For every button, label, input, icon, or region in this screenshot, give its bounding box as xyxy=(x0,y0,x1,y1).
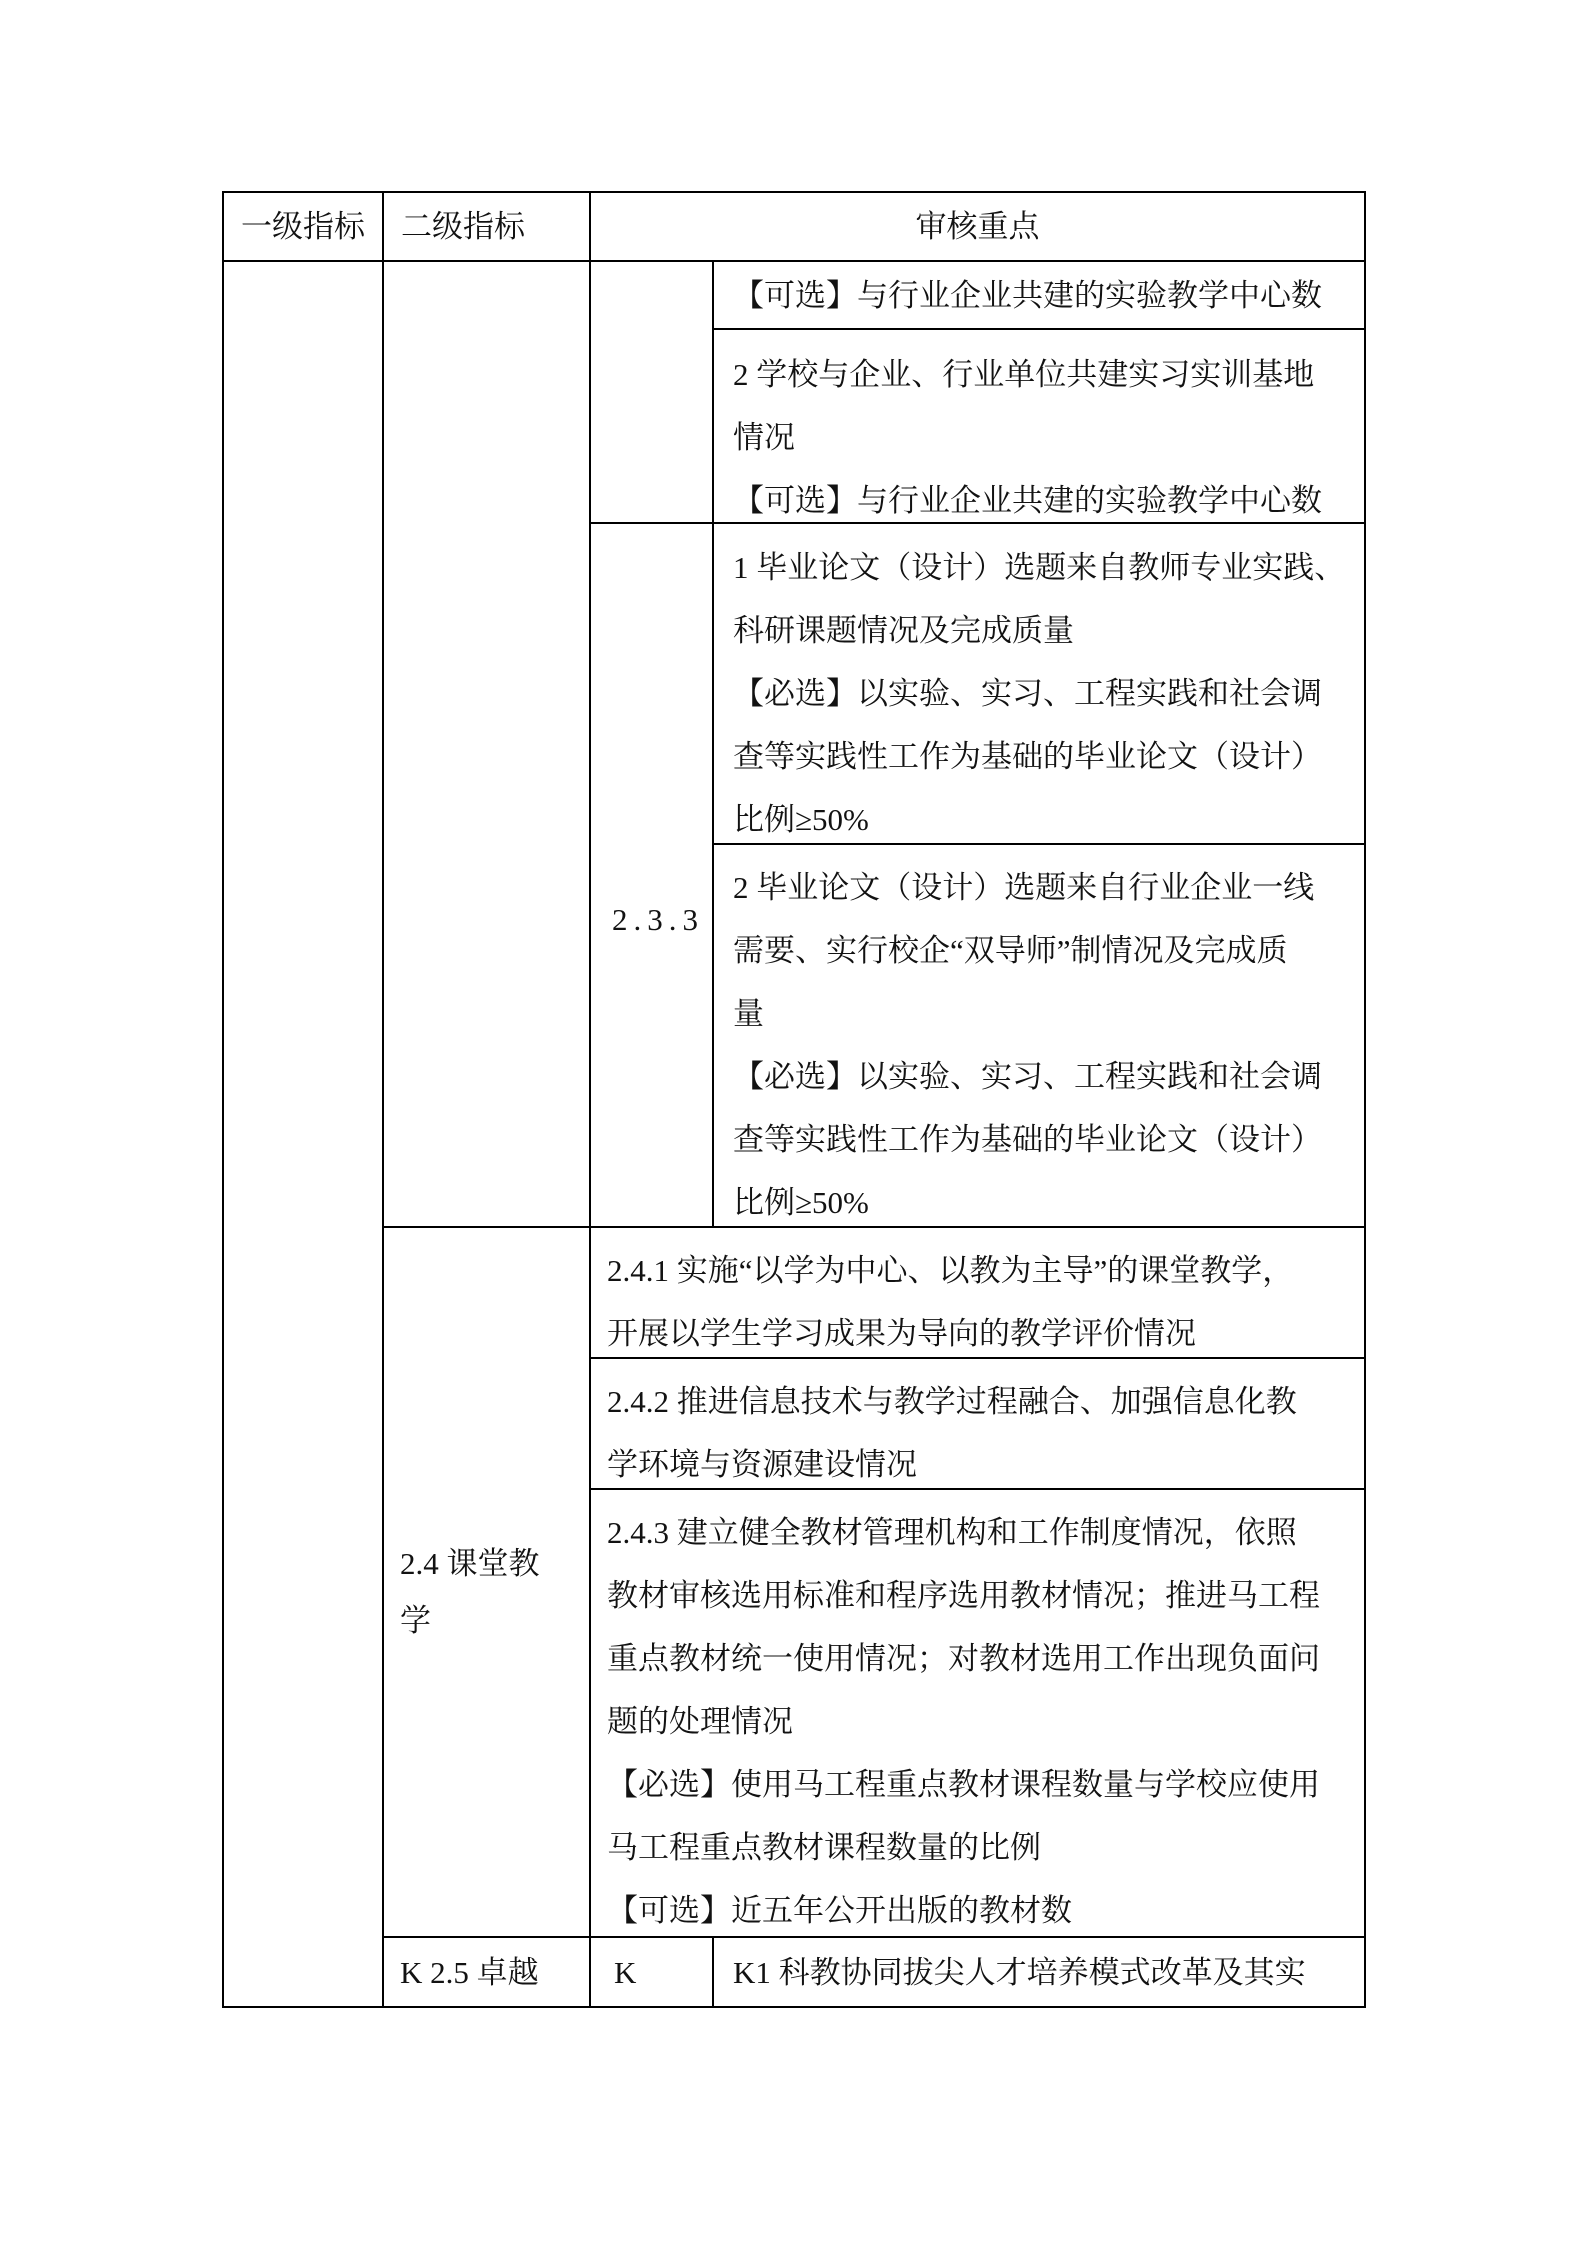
cell-k1-talent-cultivation: K1 科教协同拔尖人才培养模式改革及其实 xyxy=(713,1937,1365,2007)
text-line: 【必选】以实验、实习、工程实践和社会调 xyxy=(733,662,1357,725)
indicator-233-label: 2.3.3 xyxy=(612,902,704,937)
table-grid-line-a1-a2 xyxy=(712,328,1366,330)
text-line: 1 毕业论文（设计）选题来自教师专业实践、 xyxy=(733,536,1357,599)
document-page: 一级指标 二级指标 审核重点 【可选】与行业企业共建的实验教学中心数 2 学校与… xyxy=(0,0,1587,2245)
text-line: 量 xyxy=(733,982,1357,1045)
k-sub-label-text: K xyxy=(614,1941,636,2004)
text-line: 比例≥50% xyxy=(733,1171,1357,1234)
table-grid-line-header-bottom xyxy=(222,260,1366,262)
cell-indicator-24-classroom-teaching: 2.4 课堂教学 xyxy=(383,1227,590,1937)
k1-content-text: K1 科教协同拔尖人才培养模式改革及其实 xyxy=(733,1941,1306,2004)
text-line: 2.4.1 实施“以学为中心、以教为主导”的课堂教学， xyxy=(607,1239,1357,1302)
text-line: 马工程重点教材课程数量的比例 xyxy=(607,1816,1357,1879)
table-grid-line-b2-c1 xyxy=(382,1226,1366,1228)
text-line: 教材审核选用标准和程序选用教材情况；推进马工程 xyxy=(607,1564,1357,1627)
cell-indicator-233: 2.3.3 xyxy=(590,523,713,1227)
text-line: 开展以学生学习成果为导向的教学评价情况 xyxy=(607,1302,1357,1365)
table-grid-line-col1 xyxy=(382,192,384,2007)
text-line: 【可选】近五年公开出版的教材数 xyxy=(607,1879,1357,1942)
table-grid-line-c3-d xyxy=(382,1936,1366,1938)
text-line: 2 毕业论文（设计）选题来自行业企业一线 xyxy=(733,856,1357,919)
indicator-k25-text: K 2.5 卓越 xyxy=(400,1941,539,2004)
text-line: 需要、实行校企“双导师”制情况及完成质 xyxy=(733,919,1357,982)
table-grid-line-subcol-lower xyxy=(712,1937,714,2007)
table-grid-line-right xyxy=(1364,192,1366,2007)
table-grid-line-left xyxy=(222,192,224,2007)
text-line: 重点教材统一使用情况；对教材选用工作出现负面问 xyxy=(607,1627,1357,1690)
cell-thesis-topics-teacher-practice: 1 毕业论文（设计）选题来自教师专业实践、科研课题情况及完成质量【必选】以实验、… xyxy=(713,523,1365,844)
cell-thesis-topics-industry-need: 2 毕业论文（设计）选题来自行业企业一线需要、实行校企“双导师”制情况及完成质量… xyxy=(713,844,1365,1227)
table-grid-line-b1-b2 xyxy=(712,843,1366,845)
header-cell-level1-indicator: 一级指标 xyxy=(223,192,383,261)
text-line: 情况 xyxy=(733,406,1357,469)
text-line: 学 xyxy=(400,1592,590,1649)
table-grid-line-bottom xyxy=(222,2006,1366,2008)
table-grid-line-top xyxy=(222,191,1366,193)
text-line: 查等实践性工作为基础的毕业论文（设计） xyxy=(733,725,1357,788)
text-line: 【可选】与行业企业共建的实验教学中心数 xyxy=(733,264,1322,327)
header-cell-review-focus: 审核重点 xyxy=(590,192,1365,261)
text-line: 科研课题情况及完成质量 xyxy=(733,599,1357,662)
text-line: 2.4 课堂教 xyxy=(400,1535,590,1592)
cell-k-sub-label: K xyxy=(590,1937,713,2007)
text-line: 2.4.3 建立健全教材管理机构和工作制度情况，依照 xyxy=(607,1501,1357,1564)
header-cell-level2-indicator: 二级指标 xyxy=(383,192,590,261)
text-line: 题的处理情况 xyxy=(607,1690,1357,1753)
cell-241-learning-centered-teaching: 2.4.1 实施“以学为中心、以教为主导”的课堂教学，开展以学生学习成果为导向的… xyxy=(590,1227,1365,1358)
cell-242-information-technology: 2.4.2 推进信息技术与教学过程融合、加强信息化教学环境与资源建设情况 xyxy=(590,1358,1365,1489)
table-grid-line-c1-c2 xyxy=(589,1357,1366,1359)
header-label-level1: 一级指标 xyxy=(241,195,365,258)
text-line: 2.4.2 推进信息技术与教学过程融合、加强信息化教 xyxy=(607,1370,1357,1433)
table-grid-line-col2 xyxy=(589,192,591,2007)
header-label-level2: 二级指标 xyxy=(401,195,525,258)
cell-optional-lab-centers-1: 【可选】与行业企业共建的实验教学中心数 xyxy=(713,261,1365,329)
table-grid-line-subcol-upper xyxy=(712,261,714,1227)
cell-indicator-k25-label: K 2.5 卓越 xyxy=(383,1937,590,2007)
text-line: 【必选】使用马工程重点教材课程数量与学校应使用 xyxy=(607,1753,1357,1816)
header-label-review-focus: 审核重点 xyxy=(916,195,1040,258)
table-grid-line-c2-c3 xyxy=(589,1488,1366,1490)
table-grid-line-a2-b1 xyxy=(589,522,1366,524)
text-line: 比例≥50% xyxy=(733,788,1357,851)
text-line: 查等实践性工作为基础的毕业论文（设计） xyxy=(733,1108,1357,1171)
text-line: 2 学校与企业、行业单位共建实习实训基地 xyxy=(733,343,1357,406)
text-line: 学环境与资源建设情况 xyxy=(607,1433,1357,1496)
cell-school-enterprise-bases: 2 学校与企业、行业单位共建实习实训基地情况【可选】与行业企业共建的实验教学中心… xyxy=(713,329,1365,523)
cell-243-textbook-management: 2.4.3 建立健全教材管理机构和工作制度情况，依照教材审核选用标准和程序选用教… xyxy=(590,1489,1365,1937)
text-line: 【必选】以实验、实习、工程实践和社会调 xyxy=(733,1045,1357,1108)
